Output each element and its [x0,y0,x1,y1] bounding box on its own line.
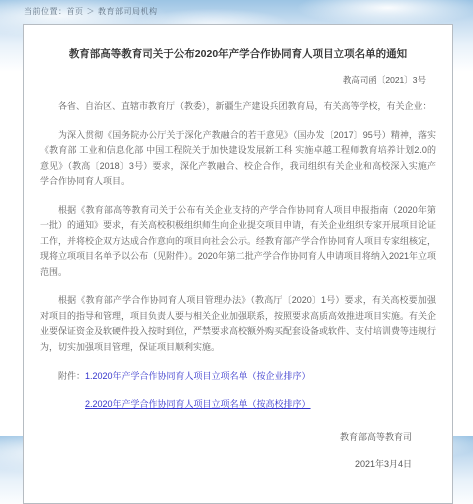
breadcrumb-separator: ＞ [87,7,96,16]
breadcrumb-prefix-label: 当前位置： [24,7,67,16]
attachment-link-company-order[interactable]: 1.2020年产学合作协同育人项目立项名单（按企业排序） [85,371,311,381]
notice-title: 教育部高等教育司关于公布2020年产学合作协同育人项目立项名单的通知 [40,47,436,61]
breadcrumb: 当前位置：首页＞教育部司局机构 [24,6,158,17]
notice-paragraph-3: 根据《教育部产学合作协同育人项目管理办法》（教高厅〔2020〕1号）要求，有关高… [40,293,436,355]
breadcrumb-home-link[interactable]: 首页 [67,7,84,16]
signature-issuer: 教育部高等教育司 [40,430,436,436]
notice-doc-number: 教高司函〔2021〕3号 [40,74,436,86]
attachments-section: 附件：1.2020年产学合作协同育人项目立项名单（按企业排序） 2.2020年产… [40,369,436,412]
attachments-label: 附件： [58,371,85,381]
notice-salutation: 各省、自治区、直辖市教育厅（教委），新疆生产建设兵团教育局，有关高等学校，有关企… [40,99,436,115]
notice-paragraph-2: 根据《教育部高等教育司关于公布有关企业支持的产学合作协同育人项目申报指南（202… [40,203,436,281]
attachment-link-university-order[interactable]: 2.2020年产学合作协同育人项目立项名单（按高校排序） [85,399,311,409]
notice-document-panel: 教育部高等教育司关于公布2020年产学合作协同育人项目立项名单的通知 教高司函〔… [23,24,453,436]
breadcrumb-current-link[interactable]: 教育部司局机构 [98,7,158,16]
attachment-row-2: 2.2020年产学合作协同育人项目立项名单（按高校排序） [40,397,436,412]
notice-paragraph-1: 为深入贯彻《国务院办公厅关于深化产教融合的若干意见》（国办发〔2017〕95号）… [40,128,436,190]
attachment-row-1: 附件：1.2020年产学合作协同育人项目立项名单（按企业排序） [40,369,436,384]
